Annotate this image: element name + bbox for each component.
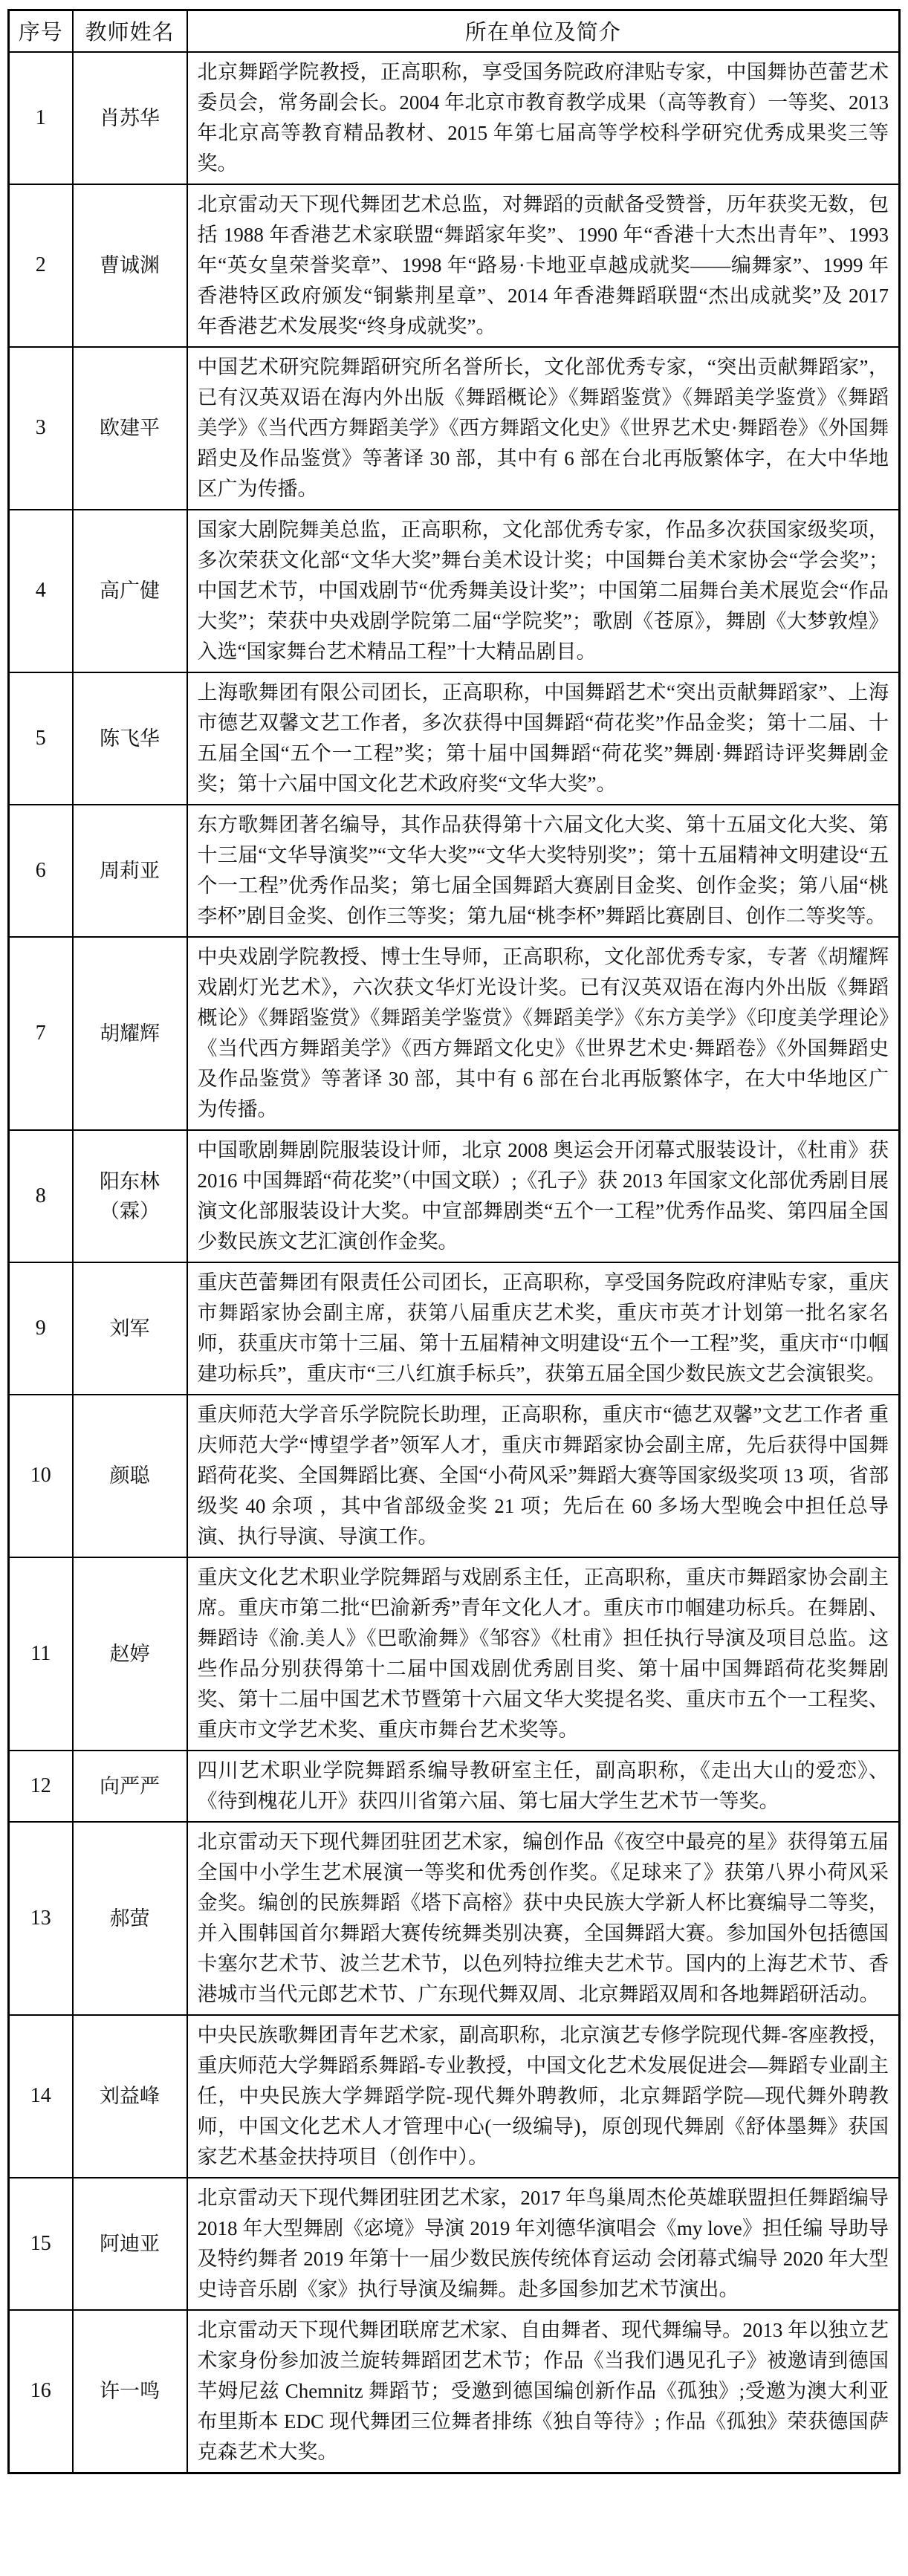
row-number-cell: 13	[9, 1822, 73, 2015]
row-number-cell: 8	[9, 1130, 73, 1262]
teacher-bio-cell: 上海歌舞团有限公司团长，正高职称，中国舞蹈艺术“突出贡献舞蹈家”、上海市德艺双馨…	[187, 672, 900, 805]
table-row: 2 曹诚渊 北京雷动天下现代舞团艺术总监，对舞蹈的贡献备受赞誉，历年获奖无数，包…	[9, 184, 900, 347]
row-number-cell: 3	[9, 347, 73, 510]
teacher-bio-cell: 重庆芭蕾舞团有限责任公司团长，正高职称，享受国务院政府津贴专家，重庆市舞蹈家协会…	[187, 1262, 900, 1395]
teacher-bio-cell: 东方歌舞团著名编导，其作品获得第十六届文化大奖、第十五届文化大奖、第十三届“文华…	[187, 805, 900, 937]
table-row: 1 肖苏华 北京舞蹈学院教授，正高职称，享受国务院政府津贴专家，中国舞协芭蕾艺术…	[9, 52, 900, 184]
teacher-name-cell: 阿迪亚	[73, 2178, 187, 2310]
col-header-unit-bio: 所在单位及简介	[187, 10, 900, 52]
row-number-cell: 4	[9, 510, 73, 672]
teacher-name-cell: 周莉亚	[73, 805, 187, 937]
teacher-name-cell: 向严严	[73, 1751, 187, 1822]
col-header-number: 序号	[9, 10, 73, 52]
table-row: 16 许一鸣 北京雷动天下现代舞团联席艺术家、自由舞者、现代舞编导。2013 年…	[9, 2310, 900, 2473]
teacher-name-cell: 肖苏华	[73, 52, 187, 184]
teacher-bio-cell: 北京雷动天下现代舞团驻团艺术家，编创作品《夜空中最亮的星》获得第五届全国中小学生…	[187, 1822, 900, 2015]
row-number-cell: 16	[9, 2310, 73, 2473]
row-number-cell: 6	[9, 805, 73, 937]
row-number-cell: 12	[9, 1751, 73, 1822]
row-number-cell: 11	[9, 1557, 73, 1751]
row-number-cell: 2	[9, 184, 73, 347]
row-number-cell: 14	[9, 2015, 73, 2178]
table-row: 15 阿迪亚 北京雷动天下现代舞团驻团艺术家，2017 年鸟巢周杰伦英雄联盟担任…	[9, 2178, 900, 2310]
row-number-cell: 7	[9, 937, 73, 1130]
row-number-cell: 15	[9, 2178, 73, 2310]
table-row: 3 欧建平 中国艺术研究院舞蹈研究所名誉所长，文化部优秀专家，“突出贡献舞蹈家”…	[9, 347, 900, 510]
teacher-name-cell: 许一鸣	[73, 2310, 187, 2473]
teacher-bio-cell: 中央戏剧学院教授、博士生导师，正高职称，文化部优秀专家，专著《胡耀辉戏剧灯光艺术…	[187, 937, 900, 1130]
teacher-name-cell: 胡耀辉	[73, 937, 187, 1130]
teacher-bio-cell: 重庆文化艺术职业学院舞蹈与戏剧系主任，正高职称，重庆市舞蹈家协会副主席。重庆市第…	[187, 1557, 900, 1751]
teacher-bio-cell: 四川艺术职业学院舞蹈系编导教研室主任，副高职称，《走出大山的爱恋》、《待到槐花儿…	[187, 1751, 900, 1822]
teacher-name-cell: 高广健	[73, 510, 187, 672]
row-number-cell: 10	[9, 1395, 73, 1557]
teacher-bio-cell: 中国艺术研究院舞蹈研究所名誉所长，文化部优秀专家，“突出贡献舞蹈家”，已有汉英双…	[187, 347, 900, 510]
teacher-bio-cell: 中国歌剧舞剧院服装设计师，北京 2008 奥运会开闭幕式服装设计，《杜甫》获 2…	[187, 1130, 900, 1262]
teacher-name-cell: 曹诚渊	[73, 184, 187, 347]
teacher-name-cell: 刘军	[73, 1262, 187, 1395]
document-page: 序号 教师姓名 所在单位及简介 1 肖苏华 北京舞蹈学院教授，正高职称，享受国务…	[0, 0, 908, 2485]
teacher-bio-cell: 北京雷动天下现代舞团驻团艺术家，2017 年鸟巢周杰伦英雄联盟担任舞蹈编导 20…	[187, 2178, 900, 2310]
table-row: 14 刘益峰 中央民族歌舞团青年艺术家，副高职称，北京演艺专修学院现代舞-客座教…	[9, 2015, 900, 2178]
row-number-cell: 9	[9, 1262, 73, 1395]
teacher-bio-cell: 重庆师范大学音乐学院院长助理，正高职称，重庆市“德艺双馨”文艺工作者 重庆师范大…	[187, 1395, 900, 1557]
teacher-name-cell: 颜聪	[73, 1395, 187, 1557]
table-row: 12 向严严 四川艺术职业学院舞蹈系编导教研室主任，副高职称，《走出大山的爱恋》…	[9, 1751, 900, 1822]
col-header-teacher-name: 教师姓名	[73, 10, 187, 52]
table-row: 7 胡耀辉 中央戏剧学院教授、博士生导师，正高职称，文化部优秀专家，专著《胡耀辉…	[9, 937, 900, 1130]
table-row: 4 高广健 国家大剧院舞美总监，正高职称，文化部优秀专家，作品多次获国家级奖项，…	[9, 510, 900, 672]
teacher-bio-cell: 中央民族歌舞团青年艺术家，副高职称，北京演艺专修学院现代舞-客座教授，重庆师范大…	[187, 2015, 900, 2178]
header-row: 序号 教师姓名 所在单位及简介	[9, 10, 900, 52]
table-row: 13 郝萤 北京雷动天下现代舞团驻团艺术家，编创作品《夜空中最亮的星》获得第五届…	[9, 1822, 900, 2015]
table-row: 6 周莉亚 东方歌舞团著名编导，其作品获得第十六届文化大奖、第十五届文化大奖、第…	[9, 805, 900, 937]
teacher-name-cell: 刘益峰	[73, 2015, 187, 2178]
teacher-name-cell: 赵婷	[73, 1557, 187, 1751]
teacher-bio-cell: 北京舞蹈学院教授，正高职称，享受国务院政府津贴专家，中国舞协芭蕾艺术委员会，常务…	[187, 52, 900, 184]
table-row: 11 赵婷 重庆文化艺术职业学院舞蹈与戏剧系主任，正高职称，重庆市舞蹈家协会副主…	[9, 1557, 900, 1751]
teacher-name-cell: 郝萤	[73, 1822, 187, 2015]
table-row: 8 阳东林 （霖） 中国歌剧舞剧院服装设计师，北京 2008 奥运会开闭幕式服装…	[9, 1130, 900, 1262]
row-number-cell: 1	[9, 52, 73, 184]
teacher-bio-cell: 北京雷动天下现代舞团联席艺术家、自由舞者、现代舞编导。2013 年以独立艺术家身…	[187, 2310, 900, 2473]
teachers-table: 序号 教师姓名 所在单位及简介 1 肖苏华 北京舞蹈学院教授，正高职称，享受国务…	[7, 9, 901, 2474]
table-row: 10 颜聪 重庆师范大学音乐学院院长助理，正高职称，重庆市“德艺双馨”文艺工作者…	[9, 1395, 900, 1557]
teacher-bio-cell: 国家大剧院舞美总监，正高职称，文化部优秀专家，作品多次获国家级奖项，多次荣获文化…	[187, 510, 900, 672]
teacher-name-cell: 阳东林 （霖）	[73, 1130, 187, 1262]
table-row: 9 刘军 重庆芭蕾舞团有限责任公司团长，正高职称，享受国务院政府津贴专家，重庆市…	[9, 1262, 900, 1395]
row-number-cell: 5	[9, 672, 73, 805]
table-row: 5 陈飞华 上海歌舞团有限公司团长，正高职称，中国舞蹈艺术“突出贡献舞蹈家”、上…	[9, 672, 900, 805]
teacher-bio-cell: 北京雷动天下现代舞团艺术总监，对舞蹈的贡献备受赞誉，历年获奖无数，包括 1988…	[187, 184, 900, 347]
teacher-name-cell: 欧建平	[73, 347, 187, 510]
teacher-name-cell: 陈飞华	[73, 672, 187, 805]
